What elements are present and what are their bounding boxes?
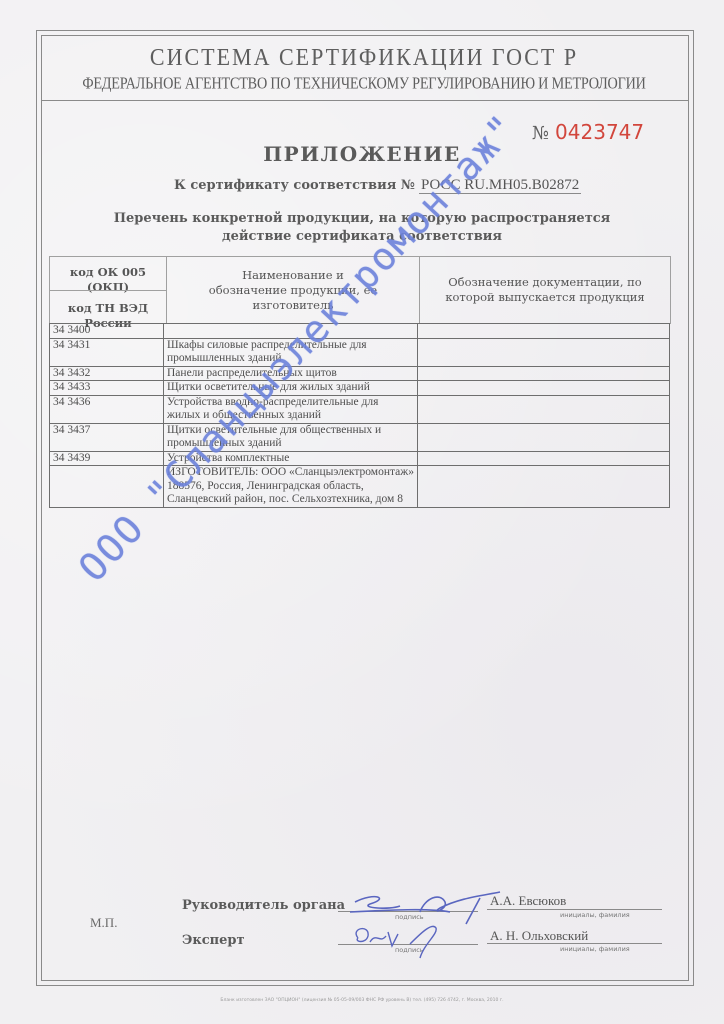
serial-number: №0423747 (532, 120, 644, 144)
cell-code: 34 3437 (50, 423, 164, 451)
table-row: 34 3431Шкафы силовые распределительные д… (50, 338, 670, 366)
serial-value: 0423747 (555, 120, 644, 144)
cell-docs (418, 451, 670, 466)
table-row: 34 3433Щитки осветительные для жилых зда… (50, 381, 670, 396)
cell-docs (418, 395, 670, 423)
cell-code: 34 3433 (50, 381, 164, 396)
head-label: Руководитель органа (182, 898, 345, 913)
annex-title: ПРИЛОЖЕНИЕ (0, 142, 724, 166)
cell-code: 34 3432 (50, 366, 164, 381)
print-info: Бланк изготовлен ЗАО "ОПЦИОН" (лицензия … (0, 998, 724, 1003)
table-row: 34 3439Устройства комплектные (50, 451, 670, 466)
table-row: 34 3437Щитки осветительные для обществен… (50, 423, 670, 451)
header-docs: Обозначение документации, по которой вып… (420, 257, 670, 323)
system-title: СИСТЕМА СЕРТИФИКАЦИИ ГОСТ Р (41, 42, 687, 71)
list-heading-line1: Перечень конкретной продукции, на котору… (0, 210, 724, 228)
stamp-place: М.П. (90, 915, 117, 931)
cell-docs (418, 324, 670, 339)
cell-docs (418, 366, 670, 381)
header-code-divider (50, 290, 166, 291)
certificate-reference: К сертификату соответствия №РОСС RU.МН05… (174, 177, 581, 194)
head-name-caption: инициалы, фамилия (560, 911, 630, 919)
products-table: 34 340034 3431Шкафы силовые распределите… (49, 323, 670, 508)
cell-docs (418, 423, 670, 451)
header-code-cell: код ОК 005 (ОКП) код ТН ВЭД России (50, 257, 167, 323)
header-divider (41, 100, 689, 101)
cell-docs (418, 381, 670, 396)
cell-code: 34 3431 (50, 338, 164, 366)
cert-ref-label: К сертификату соответствия № (174, 178, 415, 193)
expert-name-line (487, 943, 662, 944)
list-heading-line2: действие сертификата соответствия (0, 228, 724, 246)
expert-name: А. Н. Ольховский (490, 928, 588, 944)
header-docs-text: Обозначение документации, по которой вып… (420, 275, 670, 305)
head-name-line (487, 909, 662, 910)
cell-docs (418, 466, 670, 508)
table-row: 34 3432Панели распределительных щитов (50, 366, 670, 381)
expert-signature (340, 918, 450, 962)
table-row: 34 3436Устройства вводно-распределительн… (50, 395, 670, 423)
expert-label: Эксперт (182, 933, 245, 948)
list-heading: Перечень конкретной продукции, на котору… (0, 210, 724, 246)
cell-code: 34 3400 (50, 324, 164, 339)
head-name: А.А. Евсюков (490, 893, 566, 909)
table-row: 34 3400 (50, 324, 670, 339)
cell-docs (418, 338, 670, 366)
cell-code: 34 3439 (50, 451, 164, 466)
expert-name-caption: инициалы, фамилия (560, 945, 630, 953)
agency-name: ФЕДЕРАЛЬНОЕ АГЕНТСТВО ПО ТЕХНИЧЕСКОМУ РЕ… (41, 74, 687, 94)
cell-code: 34 3436 (50, 395, 164, 423)
